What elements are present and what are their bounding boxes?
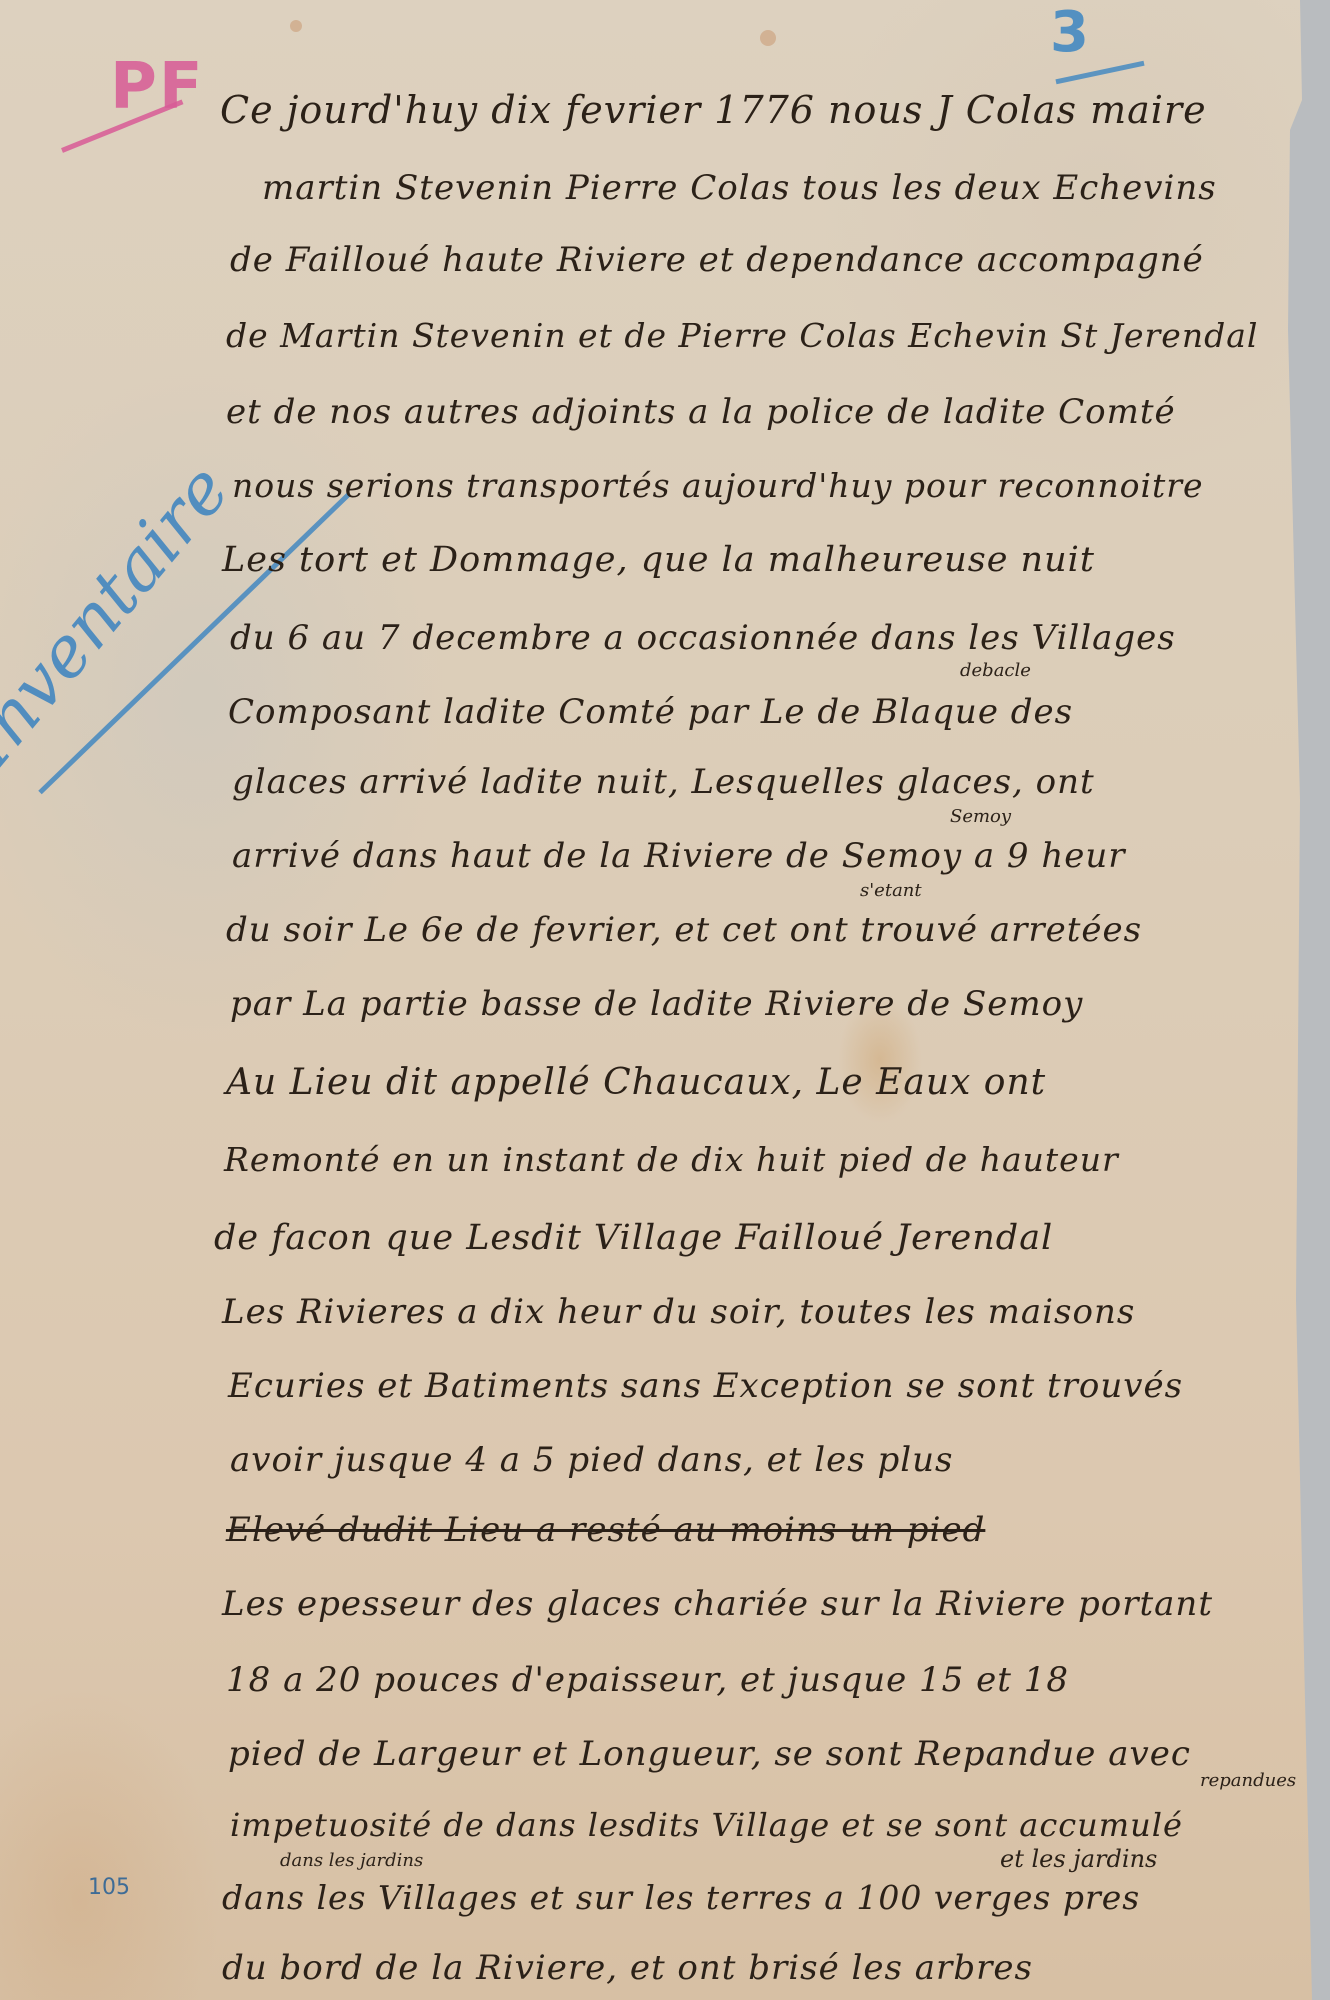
text-line: et de nos autres adjoints a la police de… bbox=[226, 392, 1176, 432]
text-line: de Failloué haute Riviere et dependance … bbox=[230, 240, 1204, 280]
text-line: de facon que Lesdit Village Failloué Jer… bbox=[214, 1218, 1053, 1258]
text-line: glaces arrivé ladite nuit, Lesquelles gl… bbox=[232, 762, 1095, 802]
insertion-dans-les-jardins: dans les jardins bbox=[280, 1850, 423, 1871]
insertion-et-les-jardins: et les jardins bbox=[1000, 1845, 1157, 1873]
insertion-debacle: debacle bbox=[960, 660, 1031, 681]
text-line: Ce jourd'huy dix fevrier 1776 nous J Col… bbox=[220, 88, 1207, 132]
text-line: du bord de la Riviere, et ont brisé les … bbox=[222, 1948, 1033, 1988]
text-line: Les epesseur des glaces chariée sur la R… bbox=[222, 1584, 1213, 1624]
text-line: Remonté en un instant de dix huit pied d… bbox=[224, 1140, 1119, 1179]
text-line: impetuosité de dans lesdits Village et s… bbox=[230, 1806, 1183, 1844]
text-line: nous serions transportés aujourd'huy pou… bbox=[232, 466, 1204, 505]
text-line-struck: Elevé dudit Lieu a resté au moins un pie… bbox=[226, 1510, 985, 1550]
text-line: Les tort et Dommage, que la malheureuse … bbox=[222, 540, 1095, 580]
text-line: du soir Le 6e de fevrier, et cet ont tro… bbox=[226, 910, 1142, 950]
page-number: 105 bbox=[88, 1875, 130, 1900]
folio-number: 3 bbox=[1050, 0, 1089, 65]
text-line: arrivé dans haut de la Riviere de Semoy … bbox=[232, 836, 1126, 876]
insertion-setant: s'etant bbox=[860, 880, 922, 901]
insertion-repandues: repandues bbox=[1200, 1770, 1296, 1791]
text-line: martin Stevenin Pierre Colas tous les de… bbox=[262, 168, 1217, 208]
text-line: Les Rivieres a dix heur du soir, toutes … bbox=[222, 1292, 1135, 1332]
text-line: 18 a 20 pouces d'epaisseur, et jusque 15… bbox=[226, 1660, 1069, 1700]
insertion-semoy: Semoy bbox=[950, 806, 1011, 827]
text-line: par La partie basse de ladite Riviere de… bbox=[230, 984, 1083, 1024]
paper-stain bbox=[760, 30, 776, 46]
text-line: pied de Largeur et Longueur, se sont Rep… bbox=[228, 1734, 1191, 1774]
text-line: du 6 au 7 decembre a occasionnée dans le… bbox=[230, 618, 1176, 658]
text-line: de Martin Stevenin et de Pierre Colas Ec… bbox=[226, 316, 1258, 355]
text-line: avoir jusque 4 a 5 pied dans, et les plu… bbox=[230, 1440, 953, 1480]
paper-stain bbox=[290, 20, 302, 32]
manuscript-page: PF 3 Inventaire 105 Ce jourd'huy dix fev… bbox=[0, 0, 1312, 2000]
text-line: Ecuries et Batiments sans Exception se s… bbox=[228, 1366, 1183, 1406]
text-line: Au Lieu dit appellé Chaucaux, Le Eaux on… bbox=[226, 1062, 1046, 1103]
margin-note-inventaire: Inventaire bbox=[0, 449, 245, 782]
text-line: Composant ladite Comté par Le de Blaque … bbox=[228, 692, 1073, 732]
text-line: dans les Villages et sur les terres a 10… bbox=[222, 1878, 1140, 1917]
